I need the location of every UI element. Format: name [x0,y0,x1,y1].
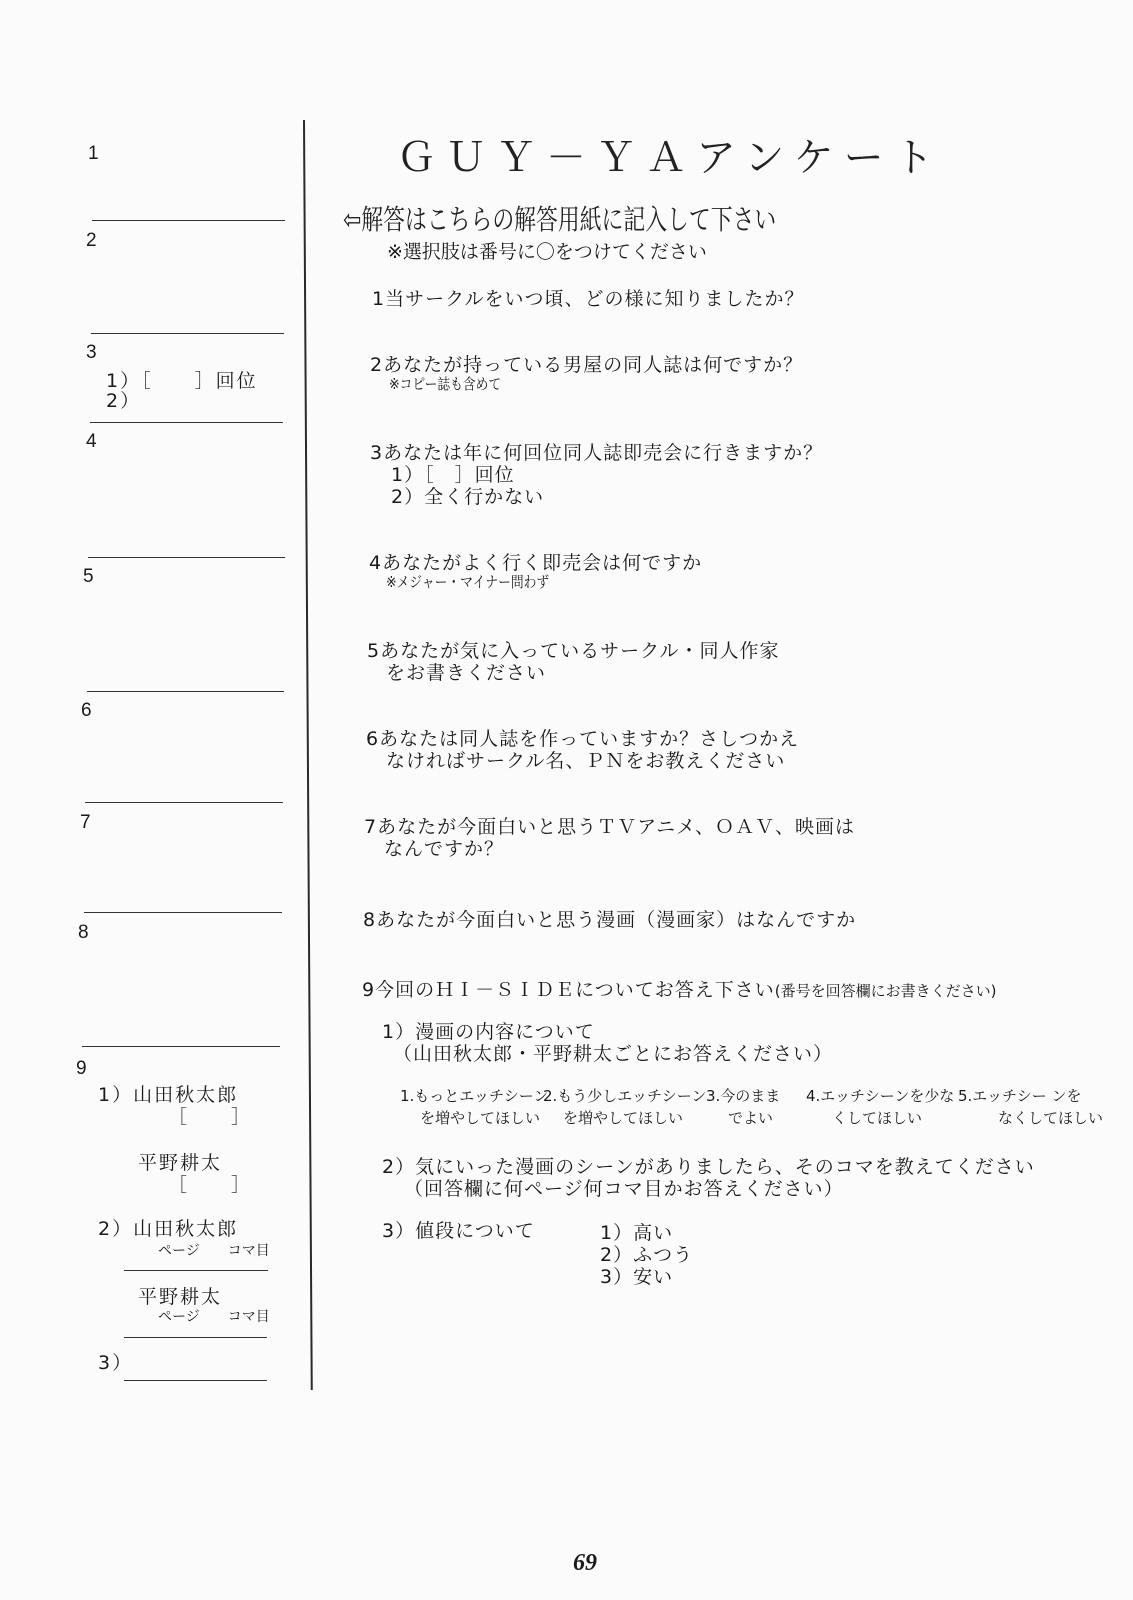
q9-choice-4-line1: 4.エッチシーンを少な [806,1085,954,1107]
question-7-line2: なんですか？ [384,834,504,861]
q9-choice-5-line1: 5.エッチシー ンを [958,1085,1103,1107]
q9-choice-5-line2: なくしてほしい [958,1107,1103,1129]
answer-num-1: 1 [88,143,99,165]
q9-part2-paren: （回答欄に何ページ何コマ目かお答えください） [404,1174,844,1201]
answer-9-part2-label: 2）山田秋太郎 [98,1214,238,1241]
answer-9-part2-second-name: 平野耕太 [138,1282,222,1309]
survey-instruction: ⇦解答はこちらの解答用紙に記入して下さい [343,198,776,238]
question-9: 9今回のＨＩ－ＳＩＤＥについてお答え下さい(番号を回答欄にお書きください) [362,975,996,1002]
answer-line-5[interactable] [87,691,284,692]
answer-9-part1-second-bracket[interactable]: ［ ］ [168,1170,252,1197]
q9-part3-label: 3）値段について [382,1216,535,1243]
answer-num-6: 6 [81,700,92,722]
question-3-option-2: 2）全く行かない [391,482,544,509]
question-6-line2: なければサークル名、ＰＮをお教えください [386,746,785,773]
answer-9-part2-page-frame[interactable]: ページ コマ目 [158,1240,270,1260]
q9-choice-4-line2: くしてほしい [806,1107,954,1129]
answer-num-7: 7 [80,812,91,834]
question-2-note: ※コピー誌も含めて [389,373,501,394]
answer-line-3[interactable] [90,422,283,423]
survey-note: ※選択肢は番号に〇をつけてください [387,237,707,264]
q9-choice-3-line1: 3.今のまま [706,1085,780,1107]
q9-choice-2-line2: を増やしてほしい [543,1107,706,1129]
q9-choice-3: 3.今のまま でよい [706,1085,780,1129]
q9-choice-5: 5.エッチシー ンを なくしてほしい [958,1085,1103,1129]
answer-num-5: 5 [83,566,94,588]
answer-9-part2-second-line[interactable] [124,1337,267,1338]
q9-choice-1: 1.もっとエッチシーン を増やしてほしい [400,1085,548,1129]
question-9-suffix: (番号を回答欄にお書きください) [775,982,997,1000]
answer-9-part2-line[interactable] [124,1270,268,1271]
q9-choice-2: 2.もう少しエッチシーン を増やしてほしい [543,1085,706,1129]
answer-9-part2-second-page-frame[interactable]: ページ コマ目 [158,1306,270,1326]
question-4-note: ※メジャー・マイナー問わず [386,571,549,592]
answer-line-2[interactable] [91,333,284,334]
answer-line-1[interactable] [92,220,285,221]
answer-line-6[interactable] [85,802,283,803]
survey-title: ＧＵＹ－ＹＡアンケート [396,126,944,183]
q9-choice-4: 4.エッチシーンを少な くしてほしい [806,1085,954,1129]
q9-part3-option-3: 3）安い [600,1262,673,1289]
answer-3-option-2[interactable]: 2） [106,386,141,413]
page-number: 69 [573,1550,597,1577]
q9-choice-1-line1: 1.もっとエッチシーン [400,1085,548,1107]
answer-num-4: 4 [86,431,97,453]
answer-line-4[interactable] [88,557,285,558]
answer-9-part1-bracket[interactable]: ［ ］ [168,1102,252,1129]
answer-num-8: 8 [78,922,89,944]
answer-9-part3-label: 3） [98,1348,133,1375]
q9-choice-2-line1: 2.もう少しエッチシーン [543,1085,706,1107]
q9-choice-1-line2: を増やしてほしい [400,1107,548,1129]
question-8: 8あなたが今面白いと思う漫画（漫画家）はなんですか [363,905,856,932]
answer-num-2: 2 [86,230,97,252]
answer-num-3: 3 [86,342,97,364]
question-9-text: 9今回のＨＩ－ＳＩＤＥについてお答え下さい [362,979,775,1001]
answer-num-9: 9 [76,1058,87,1080]
question-1: 1当サークルをいつ頃、どの様に知りましたか？ [372,284,805,311]
column-divider [303,120,313,1390]
answer-line-8[interactable] [82,1046,280,1047]
answer-9-part3-line[interactable] [124,1380,267,1381]
q9-part1-paren: （山田秋太郎・平野耕太ごとにお答えください） [393,1039,833,1066]
question-5-line2: をお書きください [386,658,546,685]
q9-choice-3-line2: でよい [706,1107,780,1129]
answer-line-7[interactable] [84,912,282,913]
